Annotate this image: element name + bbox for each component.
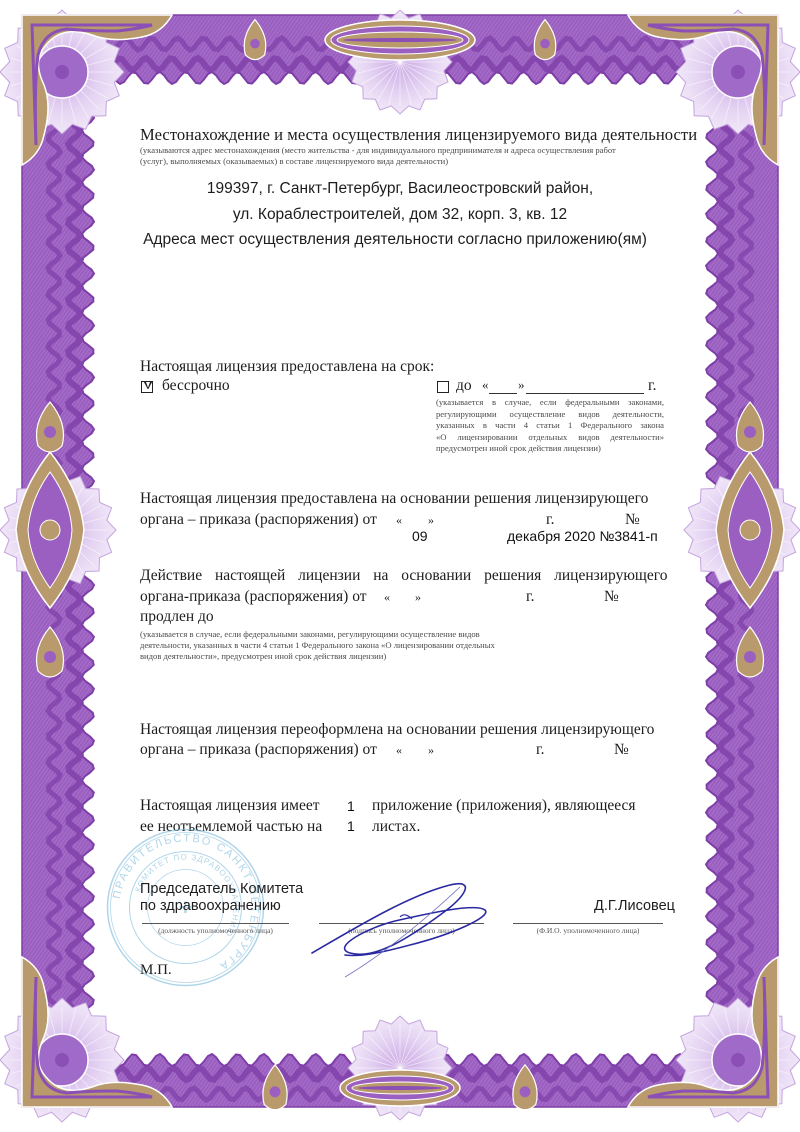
extension-note-line: деятельности, указанных в части 4 статьи… [140,640,495,651]
appendix-sheets-value: 1 [347,818,355,834]
location-note-line2: (услуг), выполняемых (оказываемых) в сос… [140,156,448,167]
name-underline [513,923,663,924]
reissue-year-suffix: г. [536,741,544,759]
address-line-3: Адреса мест осуществления деятельности с… [0,231,790,249]
extension-number-sign: № [604,588,619,606]
until-note: (указывается в случае, если федеральными… [436,397,664,455]
until-note-line: «О лицензировании отдельных видов деятел… [436,432,664,444]
extension-note-line: видов деятельности», предусмотрен иной с… [140,651,386,662]
basis-date-number-value: декабря 2020 №3841-п [507,528,658,544]
address-line-1: 199397, г. Санкт-Петербург, Василеостров… [0,180,800,198]
until-note-line: (указывается в случае, если федеральными… [436,397,664,409]
reissue-line-2: органа – приказа (распоряжения) от [140,741,377,759]
basis-number-sign: № [625,511,640,529]
location-heading: Местонахождение и места осуществления ли… [140,125,697,145]
reissue-close-quote: » [428,743,434,758]
basis-open-quote: « [396,513,402,528]
until-month-blank [526,393,644,394]
extension-year-suffix: г. [526,588,534,606]
extension-line-3: продлен до [140,608,214,626]
until-note-line: регулирующими осуществление видов деятел… [436,409,664,421]
extension-close-quote: » [415,590,421,605]
until-label: до [456,377,472,395]
until-close-quote: » [518,377,525,393]
name-caption: (Ф.И.О. уполномоченного лица) [513,926,663,935]
reissue-open-quote: « [396,743,402,758]
indefinite-checkbox [141,381,153,393]
extension-line-2: органа-приказа (распоряжения) от [140,588,367,606]
basis-line-1: Настоящая лицензия предоставлена на осно… [140,490,648,508]
signatory-position-line-2: по здравоохранению [140,898,281,914]
basis-close-quote: » [428,513,434,528]
until-year-suffix: г. [648,377,656,395]
position-underline [142,923,289,924]
extension-line-1: Действие настоящей лицензии на основании… [140,567,666,585]
appendix-line-1-left: Настоящая лицензия имеет [140,797,319,815]
until-checkbox [437,381,449,393]
reissue-line-1: Настоящая лицензия переоформлена на осно… [140,721,654,739]
location-note-line1: (указываются адрес местонахождения (мест… [140,145,616,156]
signatory-name: Д.Г.Лисовец [594,898,675,914]
until-day-blank [489,393,517,394]
address-line-2: ул. Кораблестроителей, дом 32, корп. 3, … [0,206,800,224]
extension-note-line: (указывается в случае, если федеральными… [140,629,480,640]
handwritten-signature [300,865,510,985]
until-note-line: предусмотрен иной срок действия лицензии… [436,443,664,455]
basis-line-2: органа – приказа (распоряжения) от [140,511,377,529]
until-open-quote: « [482,377,489,393]
indefinite-label: бессрочно [162,377,230,395]
term-heading: Настоящая лицензия предоставлена на срок… [140,358,434,376]
reissue-number-sign: № [614,741,629,759]
extension-open-quote: « [384,590,390,605]
seal-label: М.П. [140,962,172,979]
basis-year-suffix: г. [546,511,554,529]
position-caption: (должность уполномоченного лица) [142,926,289,935]
appendix-line-1-right: приложение (приложения), являющееся [372,797,636,815]
appendix-count-value: 1 [347,798,355,814]
basis-day-value: 09 [412,528,428,544]
signatory-position-line-1: Председатель Комитета [140,881,303,897]
until-note-line: указанных в части 4 статьи 1 Федеральног… [436,420,664,432]
appendix-line-2-right: листах. [372,818,420,836]
